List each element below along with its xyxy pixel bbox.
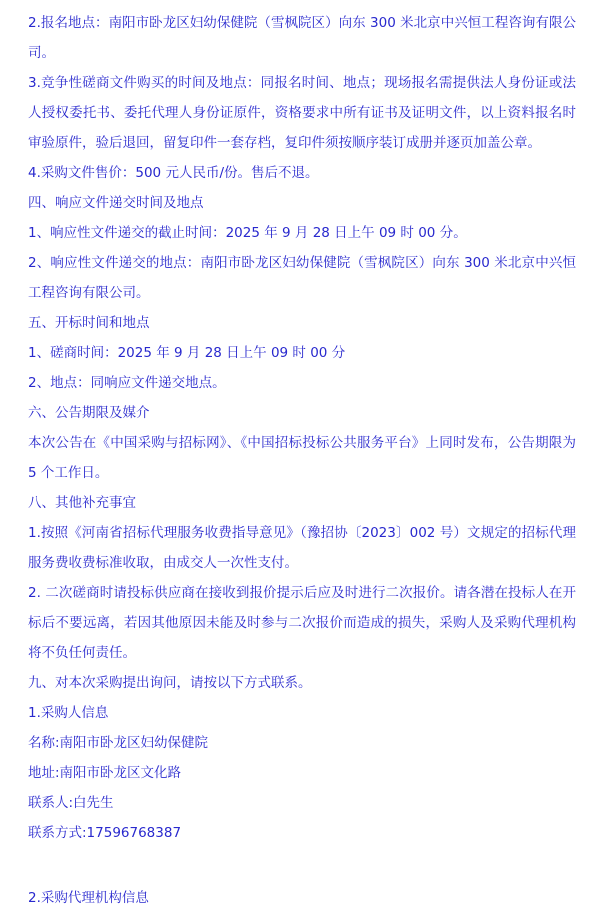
heading-section-contact: 九、对本次采购提出询问，请按以下方式联系。 [28, 668, 576, 698]
para-submission-deadline: 1、响应性文件递交的截止时间：2025 年 9 月 28 日上午 09 时 00… [28, 218, 576, 248]
para-document-purchase: 3.竞争性磋商文件购买的时间及地点：同报名时间、地点；现场报名需提供法人身份证或… [28, 68, 576, 158]
para-purchaser-contact-person: 联系人:白先生 [28, 788, 576, 818]
heading-section-bid-opening: 五、开标时间和地点 [28, 308, 576, 338]
para-bid-opening-location: 2、地点：同响应文件递交地点。 [28, 368, 576, 398]
document-page: 2.报名地点：南阳市卧龙区妇幼保健院（雪枫院区）向东 300 米北京中兴恒工程咨… [0, 0, 596, 922]
heading-section-response-submission: 四、响应文件递交时间及地点 [28, 188, 576, 218]
para-submission-location: 2、响应性文件递交的地点：南阳市卧龙区妇幼保健院（雪枫院区）向东 300 米北京… [28, 248, 576, 308]
para-negotiation-time: 1、磋商时间：2025 年 9 月 28 日上午 09 时 00 分 [28, 338, 576, 368]
blank-line-spacer [28, 848, 576, 883]
para-document-price: 4.采购文件售价：500 元人民币/份。售后不退。 [28, 158, 576, 188]
para-signup-location: 2.报名地点：南阳市卧龙区妇幼保健院（雪枫院区）向东 300 米北京中兴恒工程咨… [28, 8, 576, 68]
heading-section-supplementary: 八、其他补充事宜 [28, 488, 576, 518]
para-purchaser-phone: 联系方式:17596768387 [28, 818, 576, 848]
para-purchaser-name: 名称:南阳市卧龙区妇幼保健院 [28, 728, 576, 758]
para-agency-info-title: 2.采购代理机构信息 [28, 883, 576, 913]
para-agency-fee: 1.按照《河南省招标代理服务收费指导意见》（豫招协〔2023〕002 号）文规定… [28, 518, 576, 578]
para-second-quotation: 2. 二次磋商时请投标供应商在接收到报价提示后应及时进行二次报价。请各潜在投标人… [28, 578, 576, 668]
para-purchaser-info-title: 1.采购人信息 [28, 698, 576, 728]
para-announcement-media: 本次公告在《中国采购与招标网》、《中国招标投标公共服务平台》上同时发布，公告期限… [28, 428, 576, 488]
heading-section-announcement-period: 六、公告期限及媒介 [28, 398, 576, 428]
para-purchaser-address: 地址:南阳市卧龙区文化路 [28, 758, 576, 788]
